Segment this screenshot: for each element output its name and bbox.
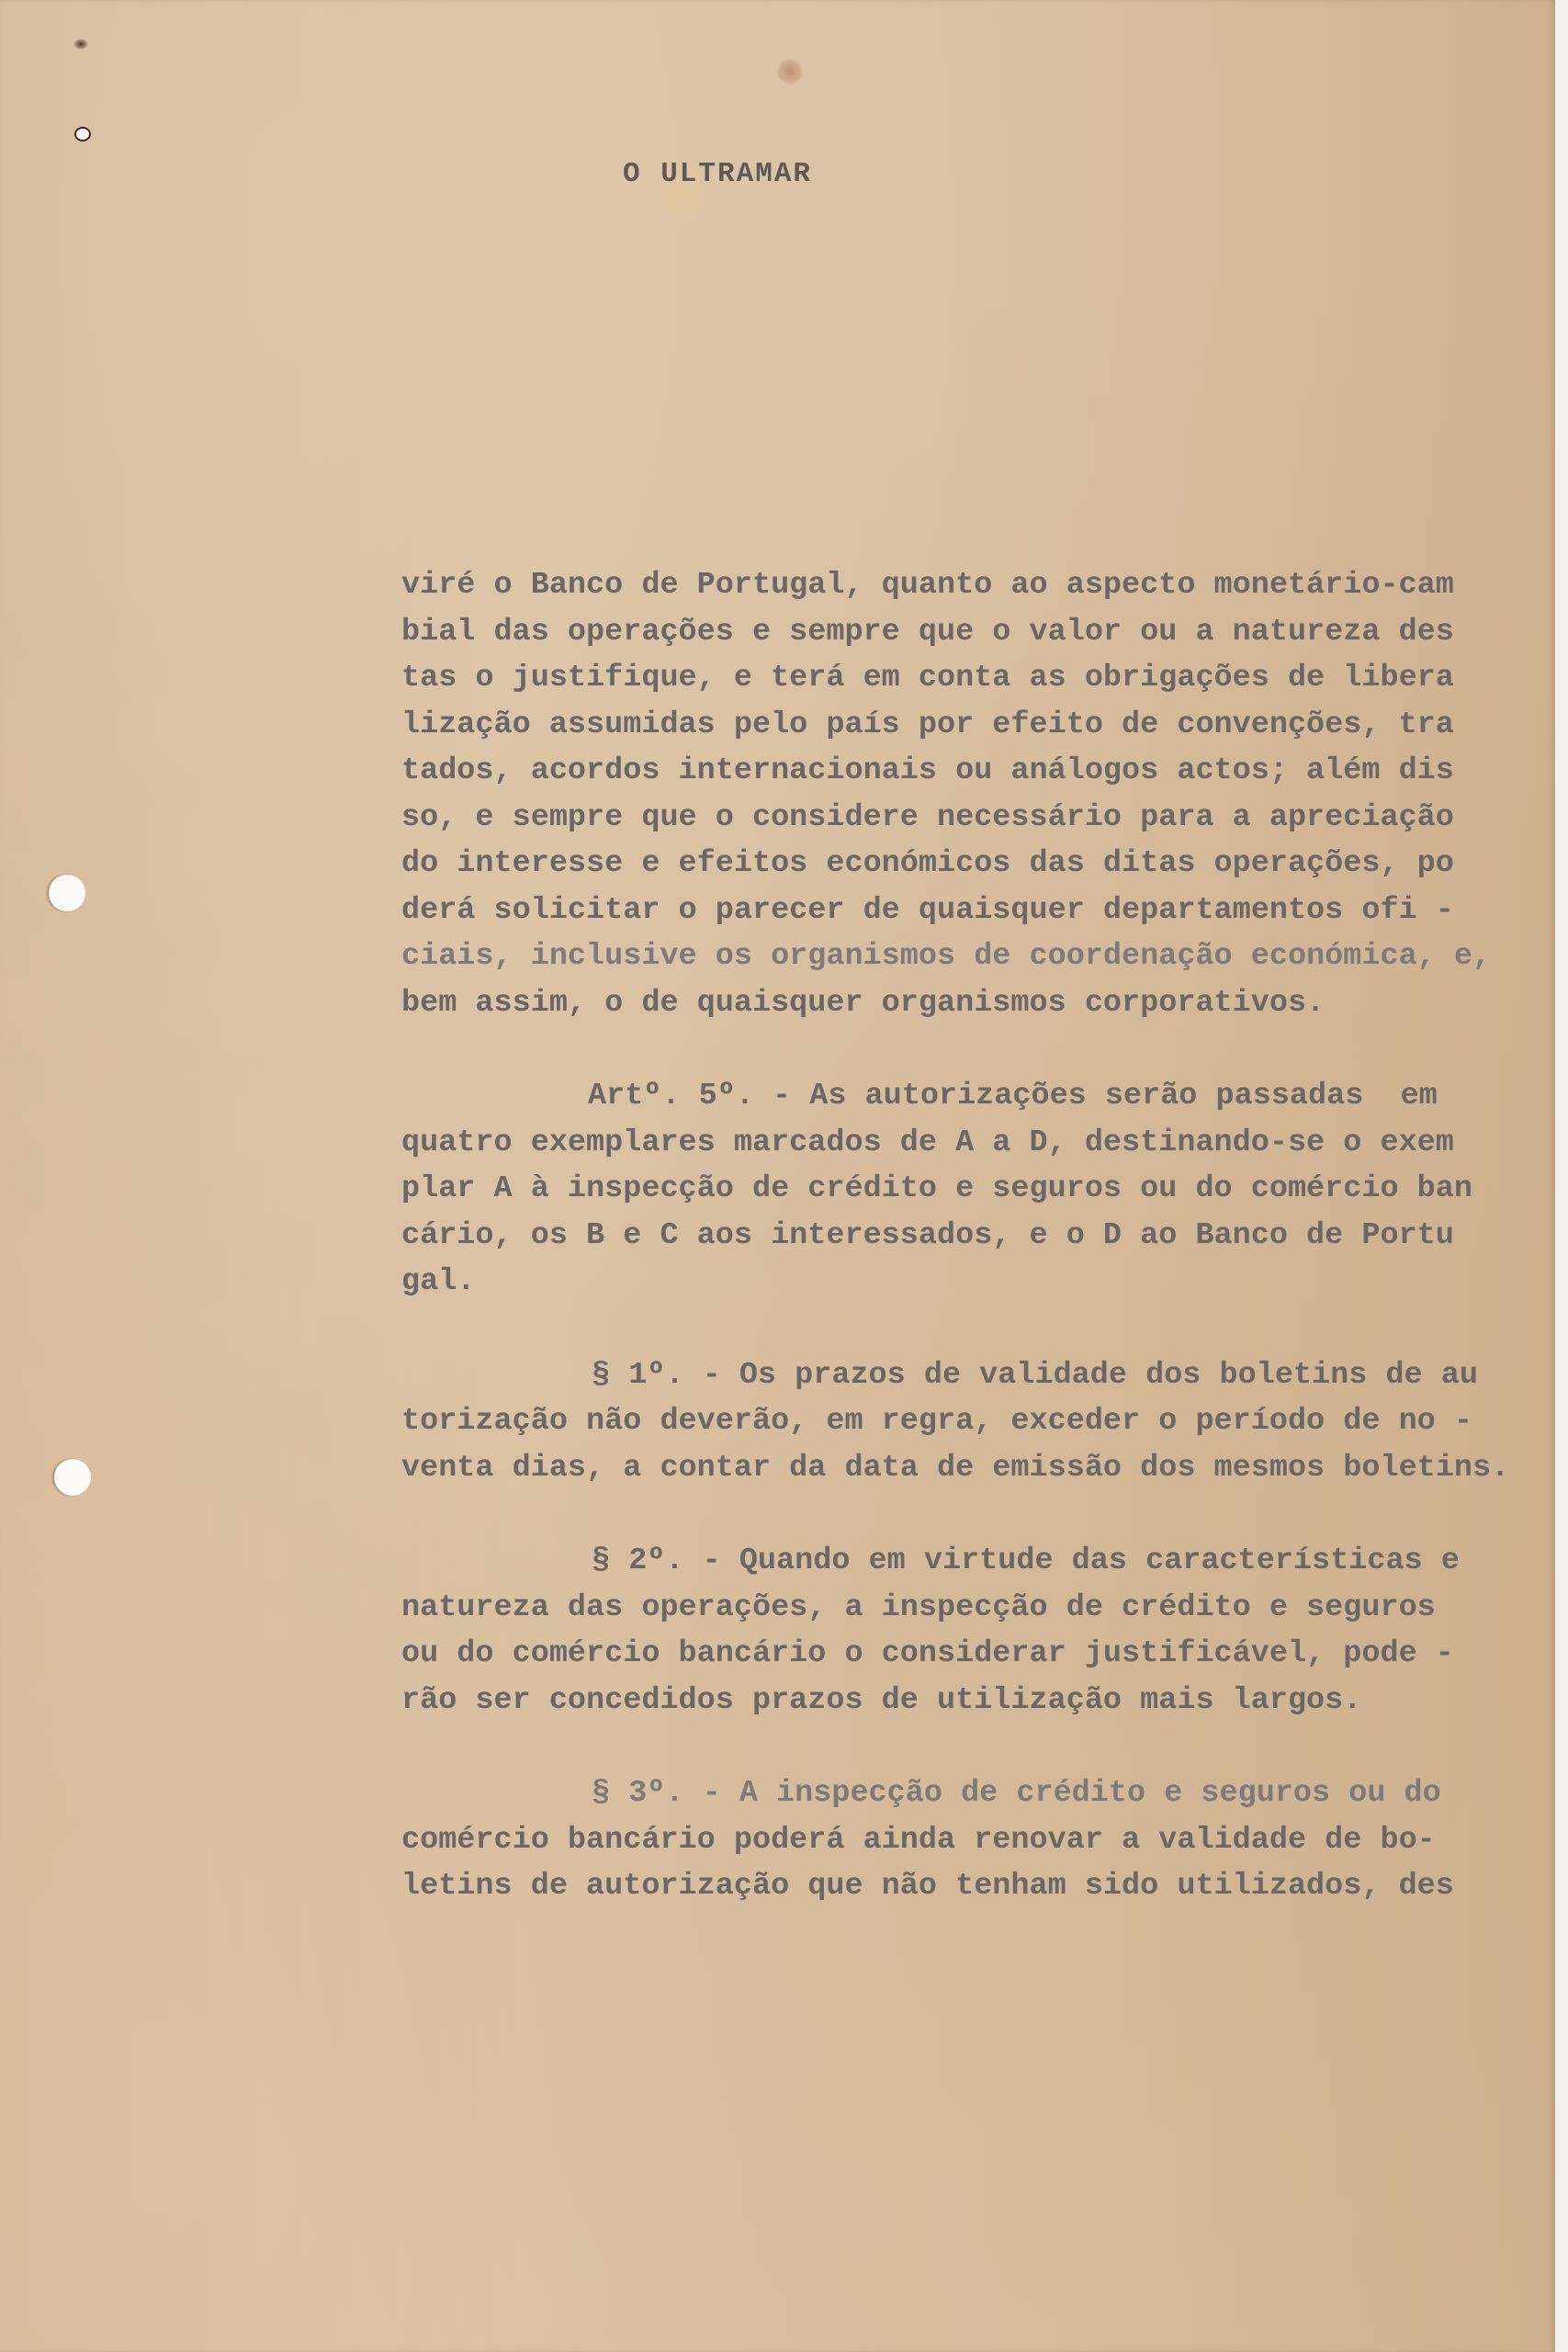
punch-hole-lower: [54, 1459, 91, 1496]
text-line: bem assim, o de quaisquer organismos cor…: [401, 980, 1495, 1027]
article-5: Artº. 5º. - As autorizações serão passad…: [401, 1073, 1495, 1306]
text-line: rão ser concedidos prazos de utilização …: [401, 1678, 1495, 1724]
section-heading-line: § 3º. - A inspecção de crédito e seguros…: [401, 1770, 1495, 1817]
article-heading-line: Artº. 5º. - As autorizações serão passad…: [401, 1073, 1495, 1120]
text-line: ciais, inclusive os organismos de coorde…: [401, 933, 1495, 980]
text-line: ou do comércio bancário o considerar jus…: [401, 1631, 1495, 1678]
text-line: cário, os B e C aos interessados, e o D …: [401, 1213, 1495, 1260]
section-paragraph-1: § 1º. - Os prazos de validade dos boleti…: [401, 1352, 1495, 1492]
text-line: gal.: [401, 1259, 1495, 1306]
ink-blot-mark: [73, 39, 88, 50]
text-line: comércio bancário poderá ainda renovar a…: [401, 1817, 1495, 1864]
rust-spot: [776, 59, 804, 85]
text-line: do interesse e efeitos económicos das di…: [401, 841, 1495, 888]
text-line: so, e sempre que o considere necessário …: [401, 795, 1495, 842]
page-header: O ULTRAMAR: [623, 158, 812, 190]
punch-hole-small: [76, 129, 89, 140]
text-line: viré o Banco de Portugal, quanto ao aspe…: [401, 562, 1495, 609]
text-line: derá solicitar o parecer de quaisquer de…: [401, 888, 1495, 934]
section-heading-line: § 2º. - Quando em virtude das caracterís…: [401, 1538, 1495, 1585]
section-heading-line: § 1º. - Os prazos de validade dos boleti…: [401, 1352, 1495, 1399]
text-line: venta dias, a contar da data de emissão …: [401, 1445, 1495, 1492]
text-line: bial das operações e sempre que o valor …: [401, 609, 1495, 656]
text-line: torização não deverão, em regra, exceder…: [401, 1398, 1495, 1445]
text-line: tas o justifique, e terá em conta as obr…: [401, 655, 1495, 702]
section-paragraph-2: § 2º. - Quando em virtude das caracterís…: [401, 1538, 1495, 1724]
document-body: viré o Banco de Portugal, quanto ao aspe…: [401, 562, 1495, 1957]
typewritten-page: O ULTRAMAR viré o Banco de Portugal, qua…: [0, 0, 1555, 2352]
text-line: quatro exemplares marcados de A a D, des…: [401, 1120, 1495, 1167]
text-line: letins de autorização que não tenham sid…: [401, 1863, 1495, 1910]
section-paragraph-3: § 3º. - A inspecção de crédito e seguros…: [401, 1770, 1495, 1910]
punch-hole-upper: [49, 875, 85, 911]
paragraph-continuation: viré o Banco de Portugal, quanto ao aspe…: [401, 562, 1495, 1026]
text-line: plar A à inspecção de crédito e seguros …: [401, 1166, 1495, 1213]
text-line: tados, acordos internacionais ou análogo…: [401, 748, 1495, 795]
text-line: natureza das operações, a inspecção de c…: [401, 1585, 1495, 1632]
text-line: lização assumidas pelo país por efeito d…: [401, 702, 1495, 749]
